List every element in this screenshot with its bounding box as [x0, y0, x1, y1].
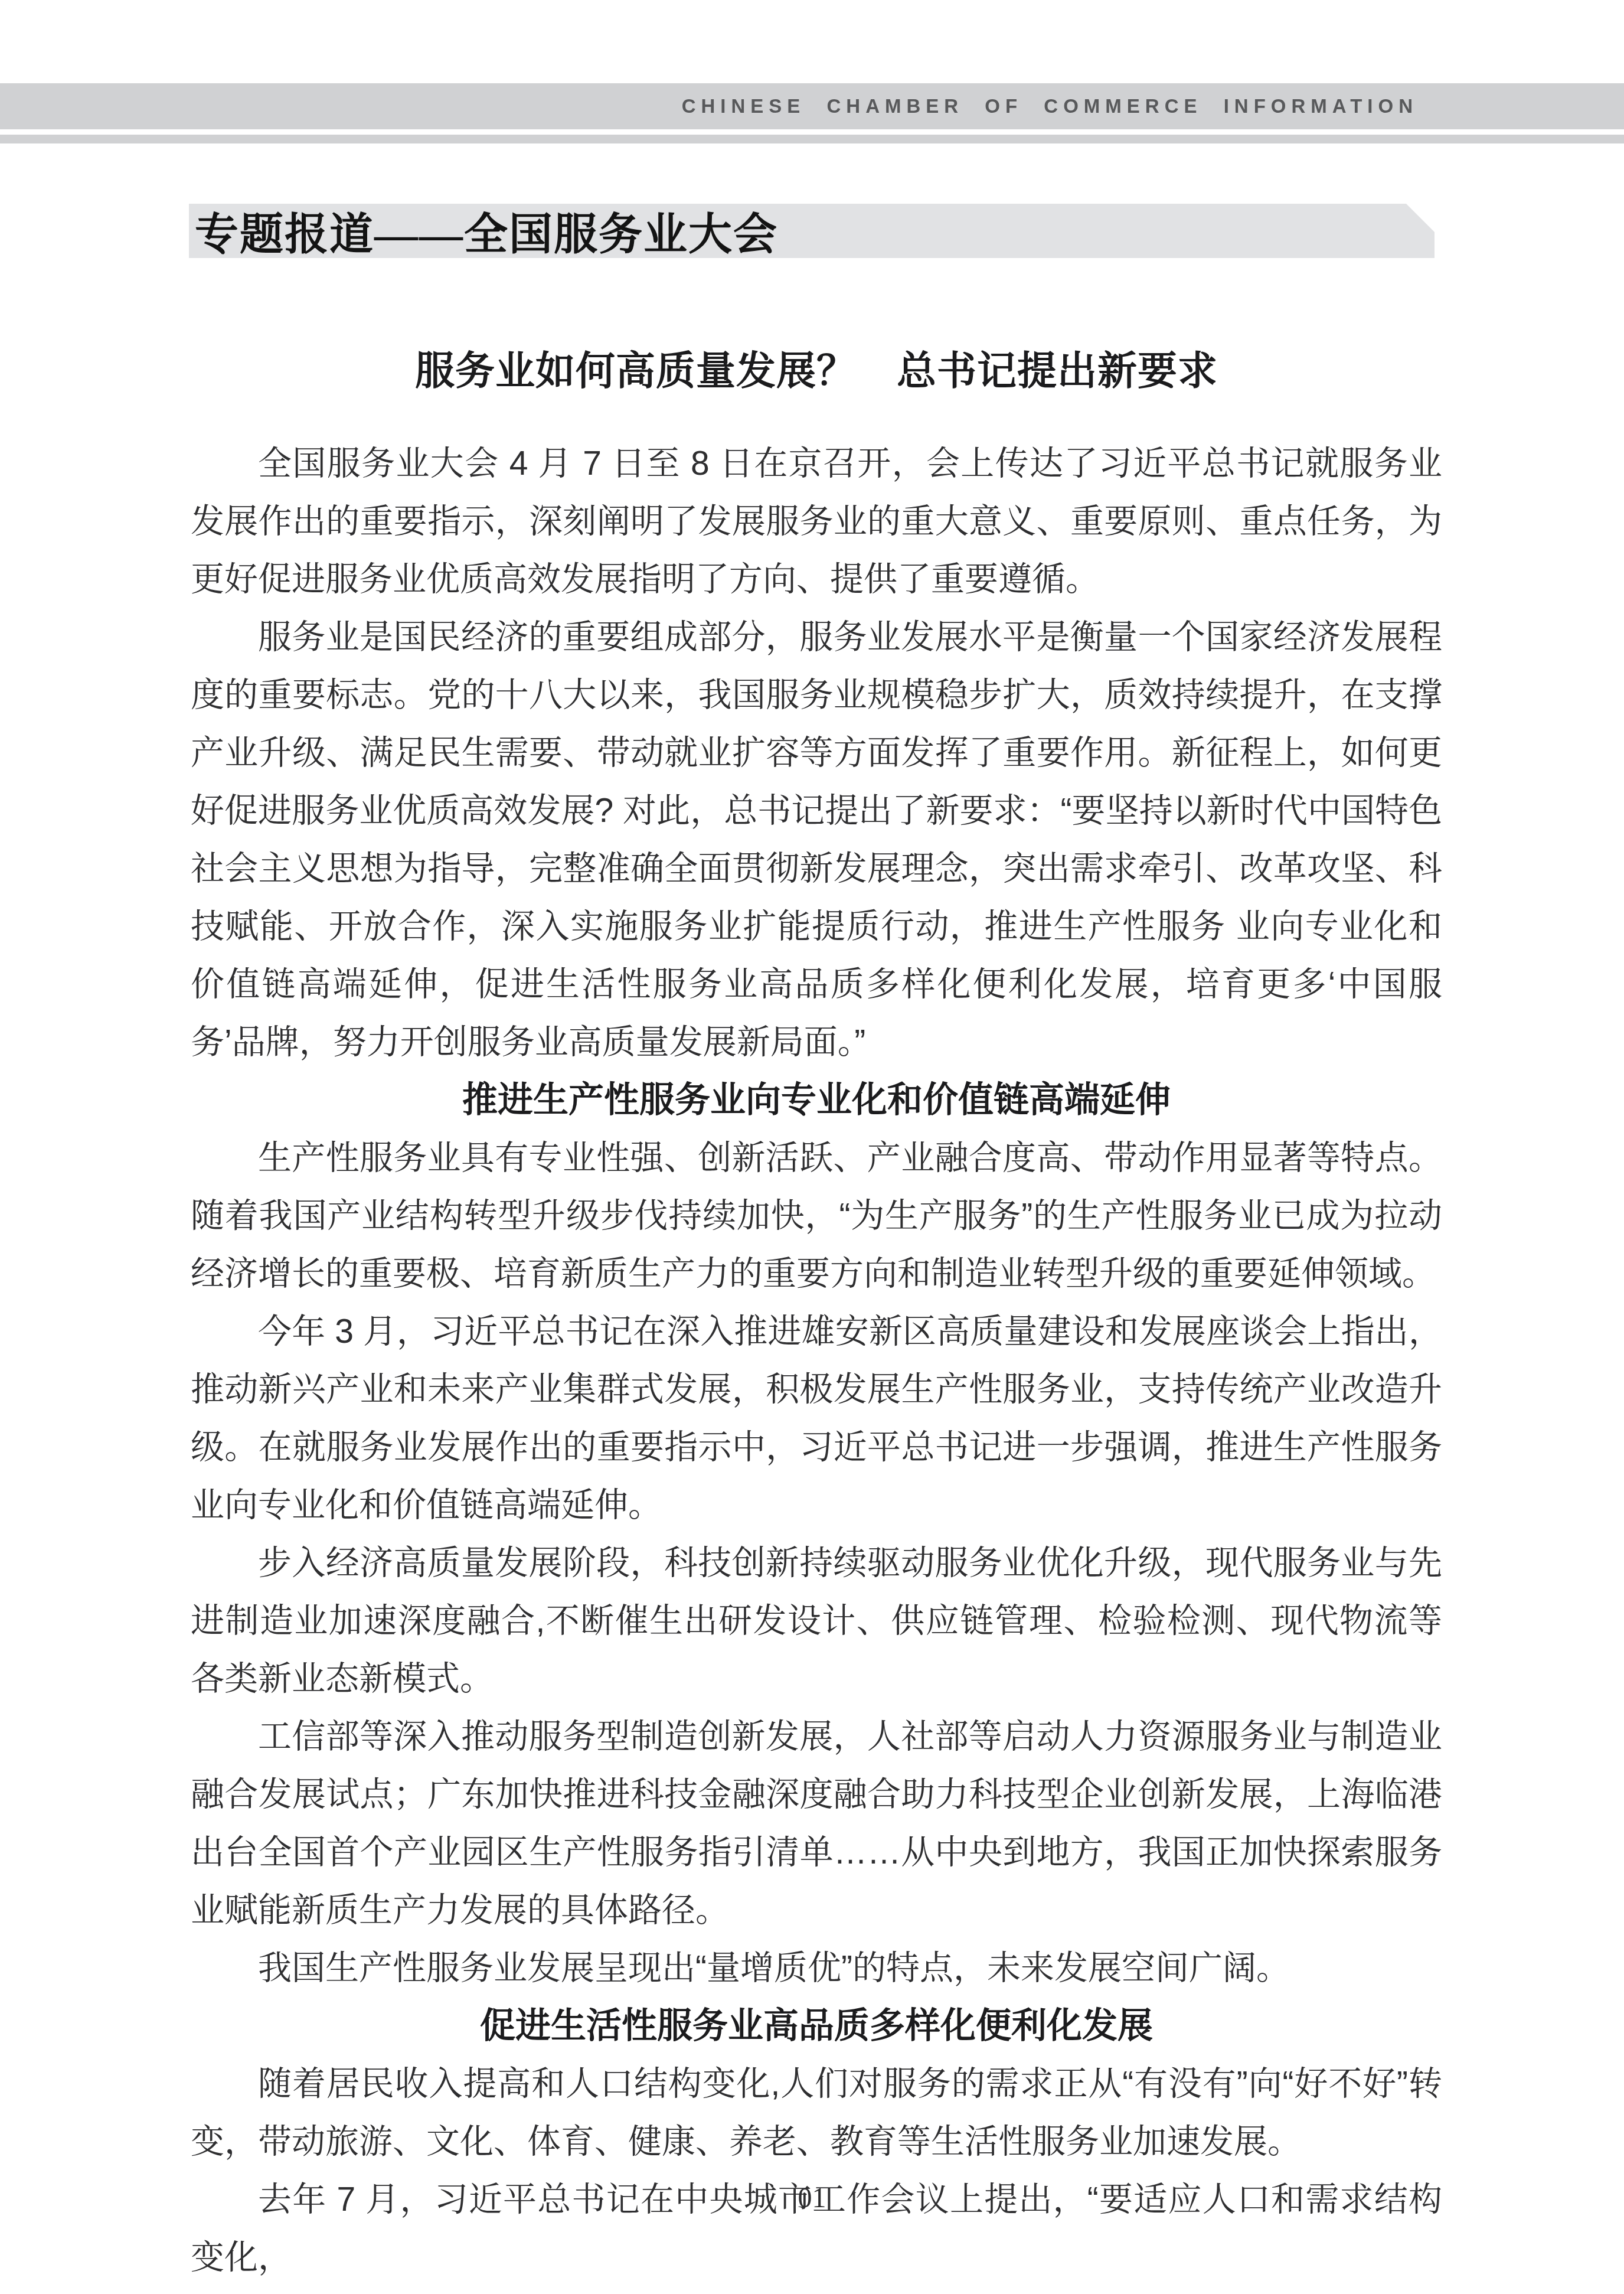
- page-number: 01: [0, 2182, 1624, 2214]
- section-banner-title: 专题报道——全国服务业大会: [189, 200, 778, 262]
- article-body: 全国服务业大会 4 月 7 日至 8 日在京召开，会上传达了习近平总书记就服务业…: [191, 435, 1442, 2286]
- body-paragraph: 随着居民收入提高和人口结构变化,人们对服务的需求正从“有没有”向“好不好”转变，…: [191, 2055, 1442, 2171]
- body-paragraph: 今年 3 月，习近平总书记在深入推进雄安新区高质量建设和发展座谈会上指出，推动新…: [191, 1303, 1442, 1534]
- masthead-english-title: CHINESE CHAMBER OF COMMERCE INFORMATION: [682, 95, 1418, 118]
- body-paragraph: 生产性服务业具有专业性强、创新活跃、产业融合度高、带动作用显著等特点。随着我国产…: [191, 1129, 1442, 1303]
- section-subheading: 促进生活性服务业高品质多样化便利化发展: [191, 1997, 1442, 2055]
- masthead-rule-bar: [0, 135, 1624, 143]
- section-banner: 专题报道——全国服务业大会: [189, 204, 1435, 258]
- body-paragraph: 全国服务业大会 4 月 7 日至 8 日在京召开，会上传达了习近平总书记就服务业…: [191, 435, 1442, 608]
- section-subheading: 推进生产性服务业向专业化和价值链高端延伸: [191, 1071, 1442, 1129]
- masthead-bar: CHINESE CHAMBER OF COMMERCE INFORMATION: [0, 83, 1624, 129]
- article-title: 服务业如何高质量发展？ 总书记提出新要求: [191, 340, 1442, 396]
- body-paragraph: 服务业是国民经济的重要组成部分，服务业发展水平是衡量一个国家经济发展程度的重要标…: [191, 608, 1442, 1071]
- body-paragraph: 步入经济高质量发展阶段，科技创新持续驱动服务业优化升级，现代服务业与先进制造业加…: [191, 1534, 1442, 1708]
- document-page: CHINESE CHAMBER OF COMMERCE INFORMATION …: [0, 0, 1624, 2294]
- body-paragraph: 我国生产性服务业发展呈现出“量增质优”的特点，未来发展空间广阔。: [191, 1939, 1442, 1997]
- body-paragraph: 工信部等深入推动服务型制造创新发展，人社部等启动人力资源服务业与制造业融合发展试…: [191, 1708, 1442, 1939]
